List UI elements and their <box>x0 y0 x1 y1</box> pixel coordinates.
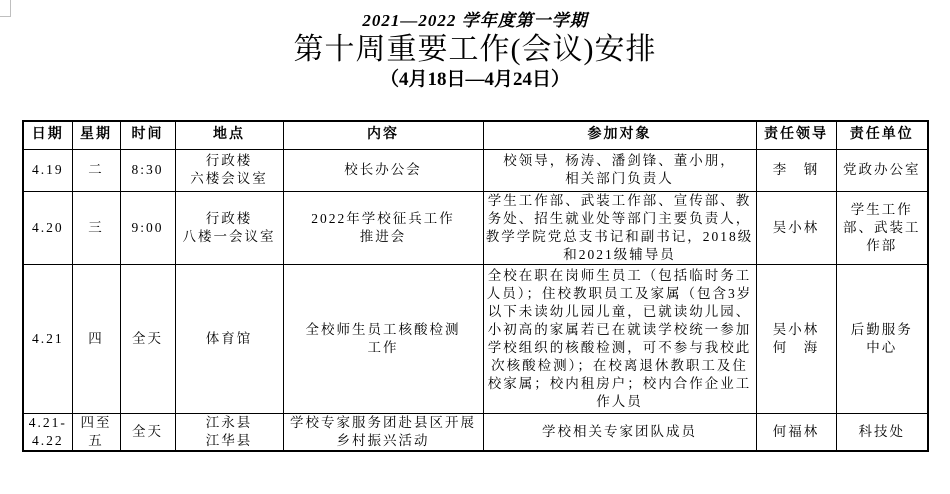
cell-content: 2022年学校征兵工作 推进会 <box>283 191 483 264</box>
cell-weekday: 二 <box>72 149 120 191</box>
cell-weekday: 四至 五 <box>72 413 120 451</box>
schedule-table: 日期 星期 时间 地点 内容 参加对象 责任领导 责任单位 4.19 二 8:3… <box>22 120 929 452</box>
cell-date: 4.19 <box>23 149 72 191</box>
table-header-row: 日期 星期 时间 地点 内容 参加对象 责任领导 责任单位 <box>23 121 928 149</box>
cell-content: 校长办公会 <box>283 149 483 191</box>
document-header: 2021—2022 学年度第一学期 第十周重要工作(会议)安排 （4月18日—4… <box>0 0 950 91</box>
document-page: 2021—2022 学年度第一学期 第十周重要工作(会议)安排 （4月18日—4… <box>0 0 950 494</box>
cell-time: 9:00 <box>120 191 175 264</box>
header-unit: 责任单位 <box>836 121 928 149</box>
cell-date: 4.21 <box>23 264 72 413</box>
header-location: 地点 <box>175 121 283 149</box>
cell-participants: 全校在职在岗师生员工（包括临时务工 人员）；住校教职员工及家属（包含3岁 以下未… <box>483 264 756 413</box>
cell-participants: 校领导，杨涛、潘剑锋、董小朋， 相关部门负责人 <box>483 149 756 191</box>
cell-date: 4.21- 4.22 <box>23 413 72 451</box>
header-content: 内容 <box>283 121 483 149</box>
cell-location: 行政楼 六楼会议室 <box>175 149 283 191</box>
cell-leader: 李 钢 <box>756 149 836 191</box>
page-title: 第十周重要工作(会议)安排 <box>0 33 950 67</box>
cell-date: 4.20 <box>23 191 72 264</box>
cell-leader: 何福林 <box>756 413 836 451</box>
semester-title: 2021—2022 学年度第一学期 <box>0 10 950 32</box>
header-participants: 参加对象 <box>483 121 756 149</box>
cell-participants: 学校相关专家团队成员 <box>483 413 756 451</box>
header-leader: 责任领导 <box>756 121 836 149</box>
cell-unit: 科技处 <box>836 413 928 451</box>
cell-leader: 吴小林 <box>756 191 836 264</box>
date-range-subtitle: （4月18日—4月24日） <box>0 69 950 91</box>
table-row: 4.21- 4.22 四至 五 全天 江永县 江华县 学校专家服务团赴县区开展 … <box>23 413 928 451</box>
cell-unit: 后勤服务 中心 <box>836 264 928 413</box>
cell-unit: 党政办公室 <box>836 149 928 191</box>
cell-weekday: 三 <box>72 191 120 264</box>
cell-participants: 学生工作部、武装工作部、宣传部、教 务处、招生就业处等部门主要负责人， 教学学院… <box>483 191 756 264</box>
cell-leader: 吴小林 何 海 <box>756 264 836 413</box>
table-row: 4.19 二 8:30 行政楼 六楼会议室 校长办公会 校领导，杨涛、潘剑锋、董… <box>23 149 928 191</box>
cell-location: 体育馆 <box>175 264 283 413</box>
header-time: 时间 <box>120 121 175 149</box>
cell-weekday: 四 <box>72 264 120 413</box>
cell-location: 行政楼 八楼一会议室 <box>175 191 283 264</box>
cell-time: 全天 <box>120 413 175 451</box>
cell-time: 全天 <box>120 264 175 413</box>
header-date: 日期 <box>23 121 72 149</box>
cell-location: 江永县 江华县 <box>175 413 283 451</box>
cell-content: 学校专家服务团赴县区开展 乡村振兴活动 <box>283 413 483 451</box>
table-row: 4.20 三 9:00 行政楼 八楼一会议室 2022年学校征兵工作 推进会 学… <box>23 191 928 264</box>
table-row: 4.21 四 全天 体育馆 全校师生员工核酸检测 工作 全校在职在岗师生员工（包… <box>23 264 928 413</box>
header-weekday: 星期 <box>72 121 120 149</box>
cell-unit: 学生工作 部、武装工 作部 <box>836 191 928 264</box>
cell-content: 全校师生员工核酸检测 工作 <box>283 264 483 413</box>
cell-time: 8:30 <box>120 149 175 191</box>
